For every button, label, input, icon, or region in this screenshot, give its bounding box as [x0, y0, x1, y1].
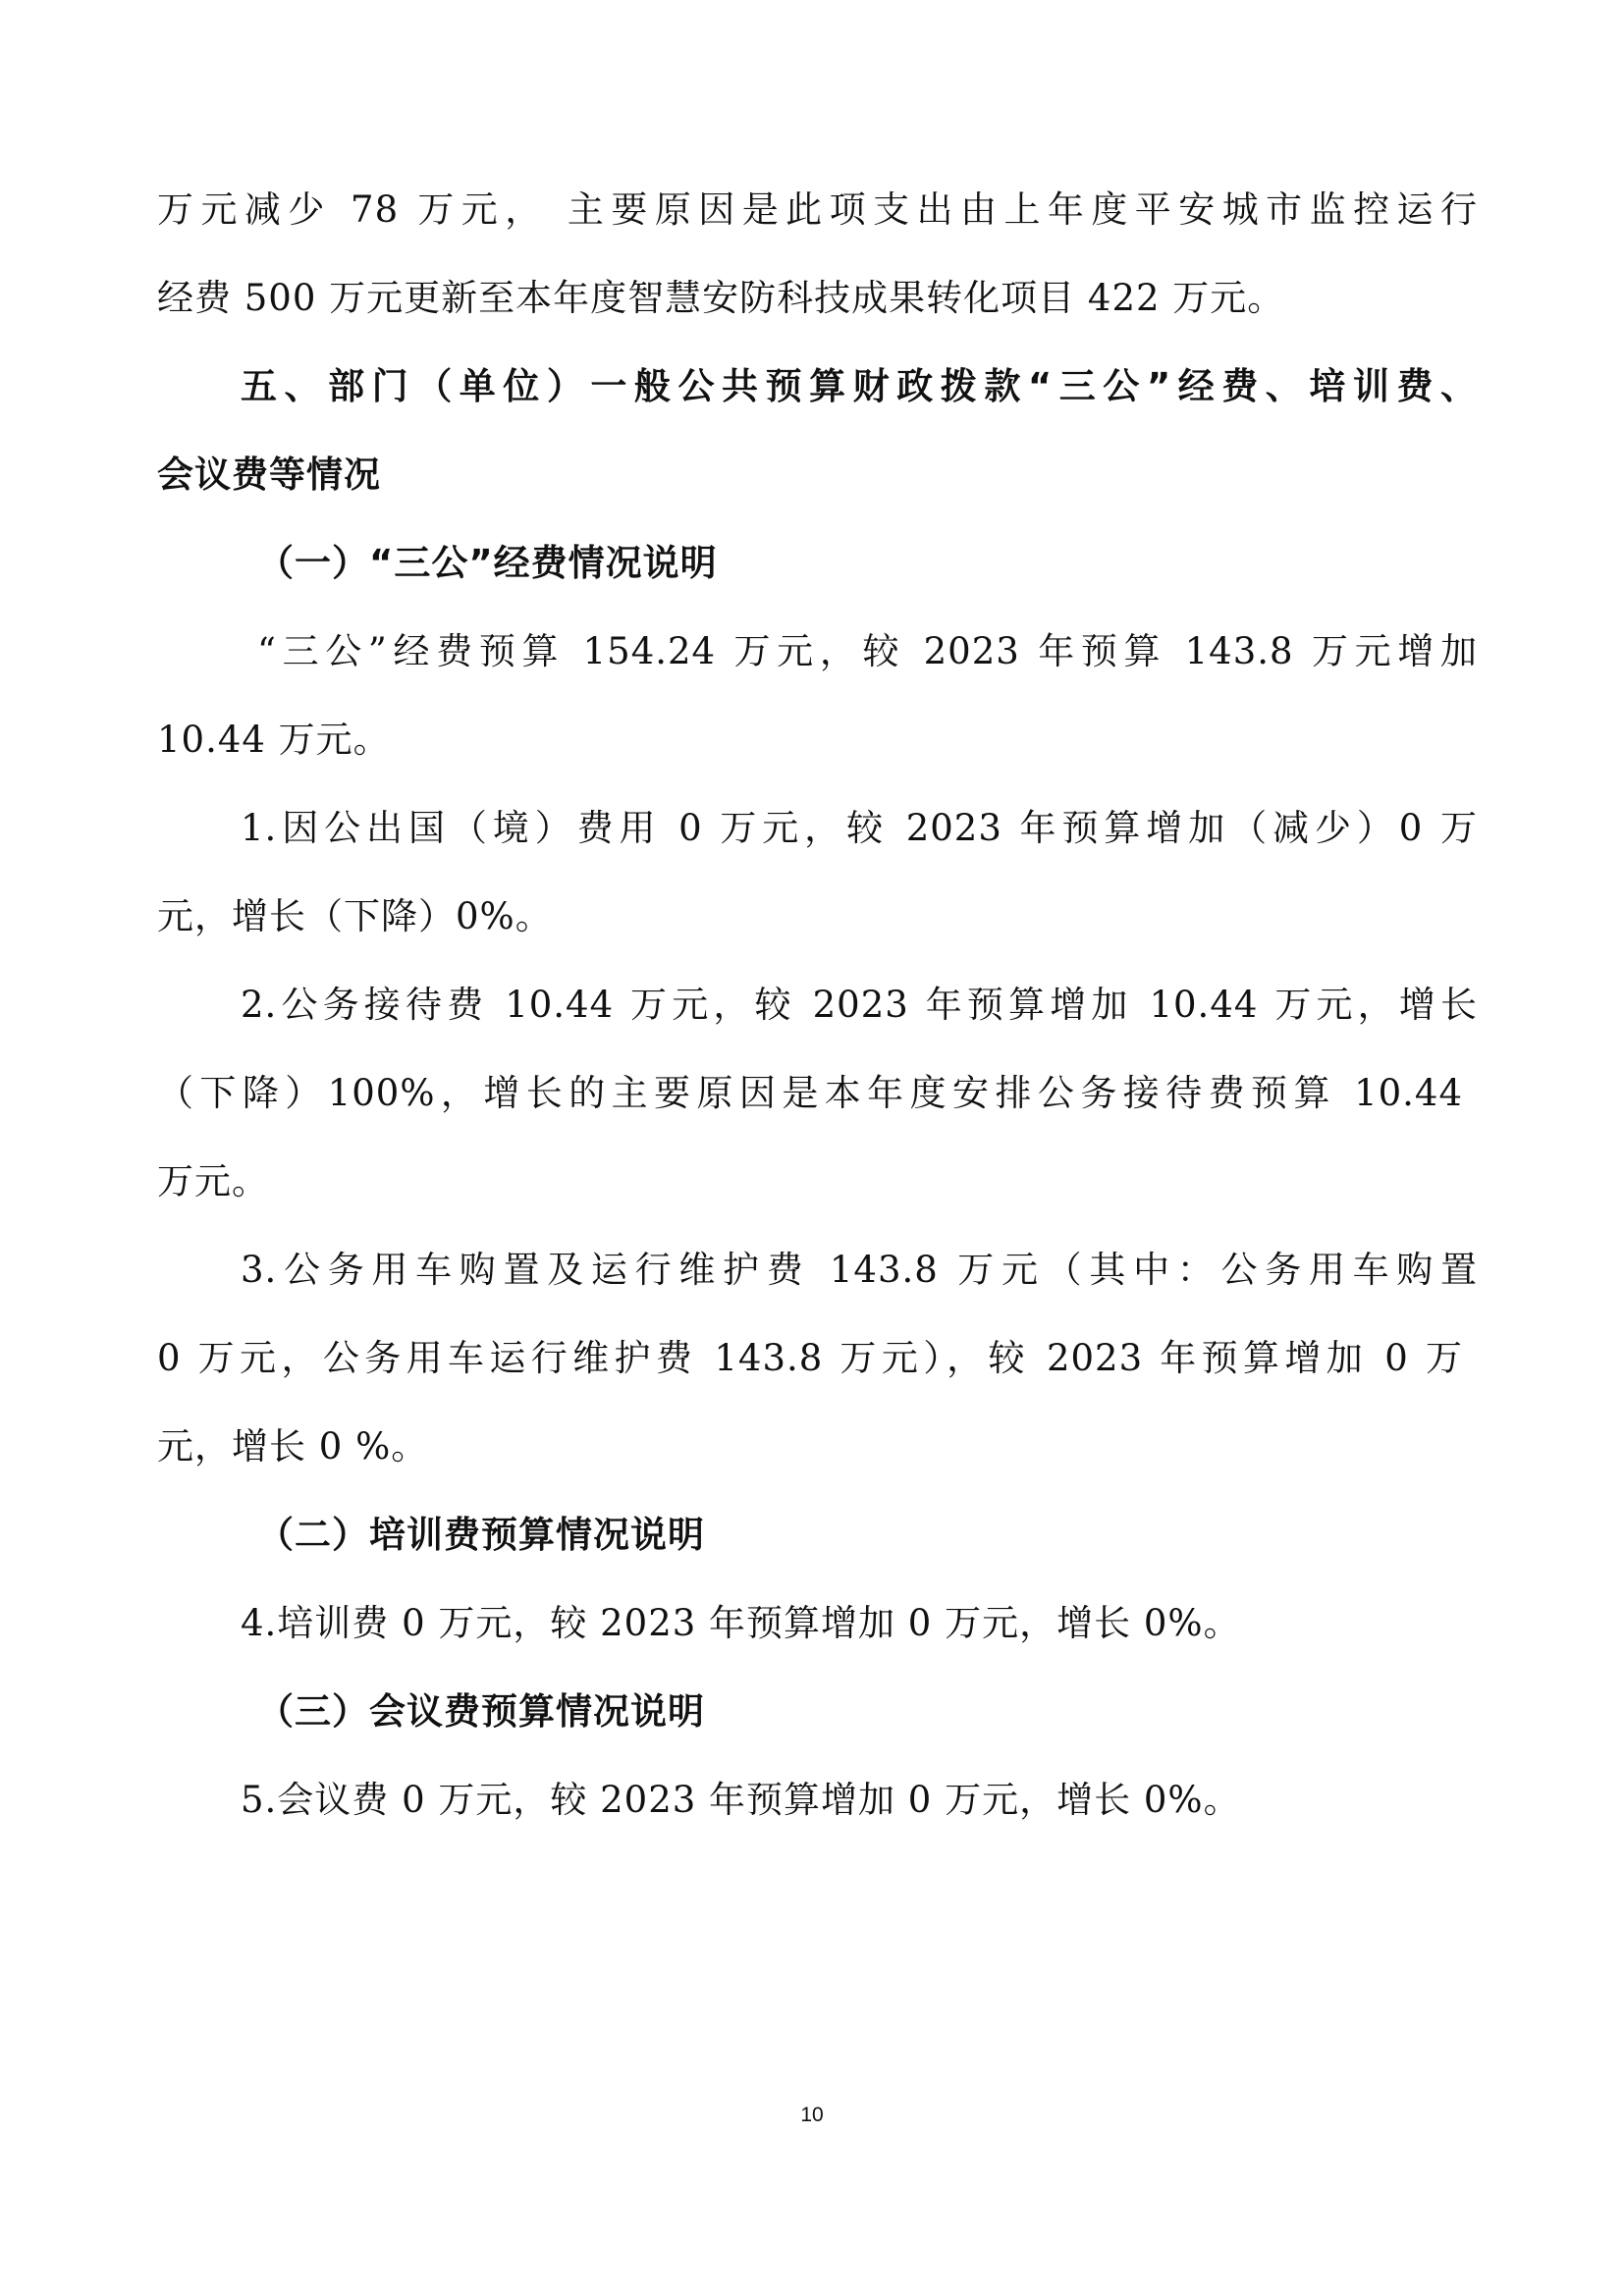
paragraph-text: 4.培训费 0 万元，较 2023 年预算增加 0 万元，增长 0%。: [241, 1600, 1561, 1647]
section-heading-continued: 会议费等情况: [157, 452, 1478, 499]
paragraph-text: 0 万元，公务用车运行维护费 143.8 万元），较 2023 年预算增加 0 …: [157, 1335, 1463, 1382]
paragraph-text: 万元。: [157, 1158, 1478, 1205]
subsection-title-1: （一）“三公”经费情况说明: [257, 540, 1578, 587]
paragraph-text: 1.因公出国（境）费用 0 万元，较 2023 年预算增加（减少）0 万: [241, 805, 1478, 852]
paragraph-text: 3.公务用车购置及运行维护费 143.8 万元（其中：公务用车购置: [241, 1247, 1478, 1294]
subsection-title-2: （二）培训费预算情况说明: [257, 1512, 1578, 1559]
paragraph-text: 元，增长 0 %。: [157, 1423, 1478, 1470]
section-heading: 五、部门（单位）一般公共预算财政拨款“三公”经费、培训费、: [241, 363, 1478, 410]
document-page: 万元减少 78 万元， 主要原因是此项支出由上年度平安城市监控运行 经费 500…: [0, 0, 1624, 2296]
body-text-line: 万元减少 78 万元， 主要原因是此项支出由上年度平安城市监控运行: [157, 187, 1478, 234]
subsection-title-3: （三）会议费预算情况说明: [257, 1688, 1578, 1735]
page-number: 10: [0, 2104, 1624, 2127]
paragraph-text: 2.公务接待费 10.44 万元，较 2023 年预算增加 10.44 万元，增…: [241, 982, 1478, 1029]
paragraph-text: “三公”经费预算 154.24 万元，较 2023 年预算 143.8 万元增加: [257, 628, 1478, 675]
paragraph-text: 5.会议费 0 万元，较 2023 年预算增加 0 万元，增长 0%。: [241, 1777, 1561, 1824]
paragraph-text: 元，增长（下降）0%。: [157, 893, 1478, 940]
body-text-line: 经费 500 万元更新至本年度智慧安防科技成果转化项目 422 万元。: [157, 275, 1478, 322]
paragraph-text: 10.44 万元。: [157, 717, 1478, 764]
paragraph-text: （下降）100%，增长的主要原因是本年度安排公务接待费预算 10.44: [157, 1070, 1463, 1117]
